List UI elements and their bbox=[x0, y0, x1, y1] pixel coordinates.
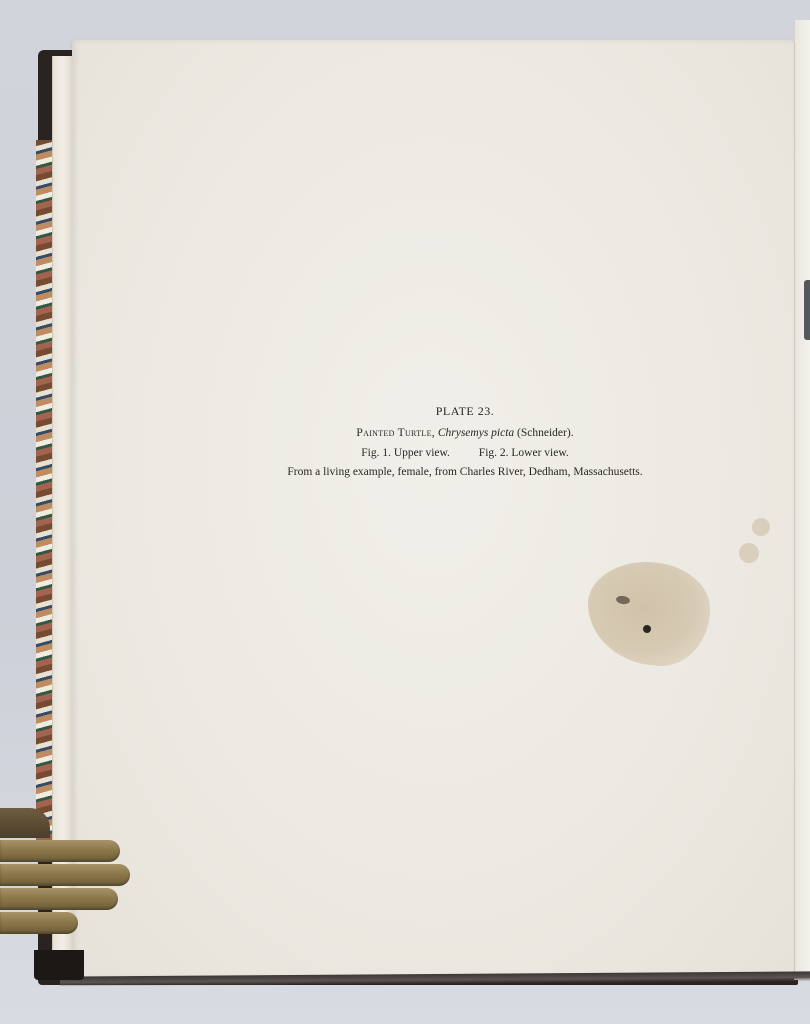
foxing-spot bbox=[739, 543, 759, 563]
bookend-finger bbox=[0, 912, 78, 934]
bookend-finger bbox=[0, 888, 118, 910]
stain-spot bbox=[643, 625, 651, 633]
figure-list: Fig. 1. Upper view. Fig. 2. Lower view. bbox=[200, 448, 730, 460]
tissue-guard-page bbox=[72, 40, 794, 978]
bookend-finger bbox=[0, 840, 120, 862]
common-name: Painted Turtle, bbox=[356, 427, 435, 439]
facing-page-edge bbox=[794, 20, 810, 980]
plate-caption: PLATE 23. Painted Turtle, Chrysemys pict… bbox=[200, 405, 730, 479]
authority: (Schneider). bbox=[517, 427, 574, 439]
plate-title: PLATE 23. bbox=[200, 405, 730, 417]
bookend-thumb bbox=[0, 808, 50, 838]
source-note: From a living example, female, from Char… bbox=[200, 467, 730, 479]
bookend-base bbox=[34, 950, 84, 980]
species-line: Painted Turtle, Chrysemys picta (Schneid… bbox=[200, 428, 730, 440]
foxing-spot bbox=[752, 518, 770, 536]
photo-scene: PLATE 23. Painted Turtle, Chrysemys pict… bbox=[0, 0, 810, 1024]
bookend-finger bbox=[0, 864, 130, 886]
figure-1-label: Fig. 1. Upper view. bbox=[361, 447, 450, 459]
brass-hand-bookend bbox=[0, 800, 135, 965]
scientific-name: Chrysemys picta bbox=[438, 427, 514, 439]
figure-2-label: Fig. 2. Lower view. bbox=[479, 447, 569, 459]
facing-plate-edge-mark bbox=[804, 280, 810, 340]
